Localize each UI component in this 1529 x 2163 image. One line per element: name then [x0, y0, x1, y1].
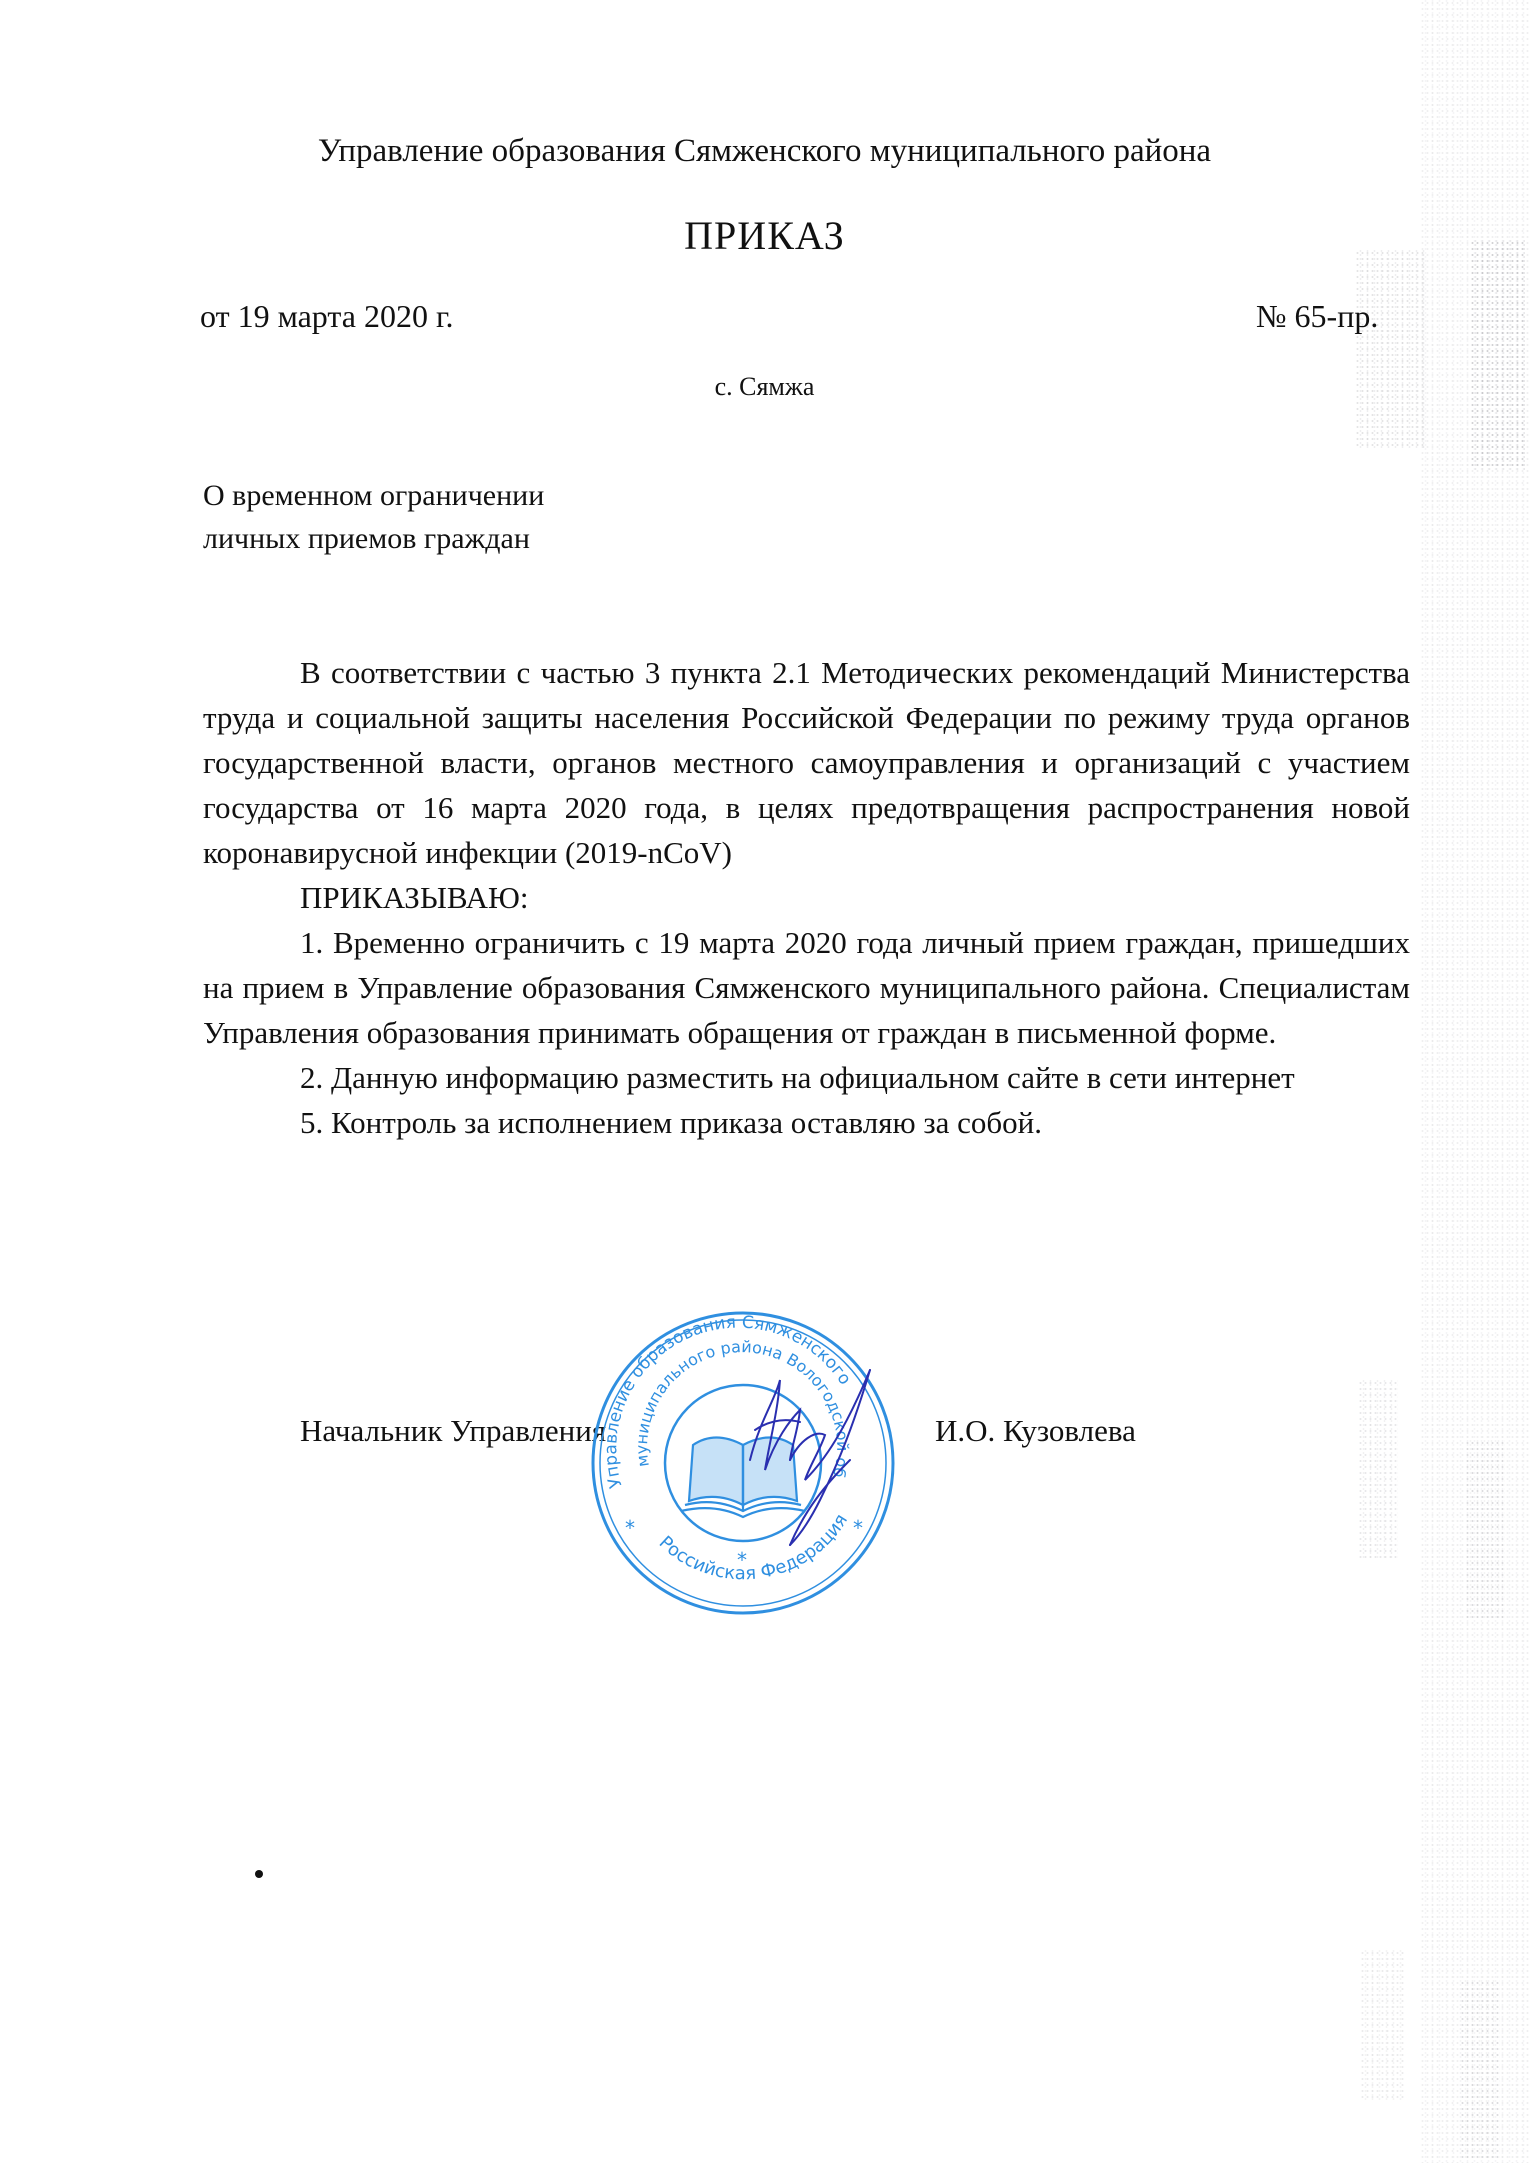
handwritten-signature-icon — [730, 1360, 880, 1550]
order-word: ПРИКАЗЫВАЮ: — [203, 875, 1410, 920]
document-body: В соответствии с частью 3 пункта 2.1 Мет… — [203, 650, 1410, 1145]
scan-noise — [1420, 0, 1529, 2163]
svg-text:*: * — [625, 1516, 635, 1540]
subject-line-1: О временном ограничении — [203, 474, 703, 517]
scan-noise — [1358, 1380, 1398, 1560]
scan-noise — [1360, 1950, 1405, 2100]
document-title: ПРИКАЗ — [0, 212, 1529, 259]
scan-noise — [1465, 1440, 1505, 1620]
document-place: с. Сямжа — [0, 372, 1529, 402]
scan-noise — [1470, 240, 1525, 470]
organization-header: Управление образования Сямженского муниц… — [0, 133, 1529, 170]
signatory-name: И.О. Кузовлева — [935, 1413, 1136, 1449]
order-item-5: 5. Контроль за исполнением приказа остав… — [203, 1100, 1410, 1145]
document-date: от 19 марта 2020 г. — [200, 298, 453, 335]
signatory-position: Начальник Управления — [300, 1413, 606, 1449]
preamble-paragraph: В соответствии с частью 3 пункта 2.1 Мет… — [203, 650, 1410, 875]
scan-noise — [1460, 1980, 1500, 2160]
scan-noise — [1355, 250, 1425, 450]
scan-speck — [255, 1870, 263, 1878]
document-page: Управление образования Сямженского муниц… — [0, 0, 1529, 2163]
subject-line-2: личных приемов граждан — [203, 517, 703, 560]
document-number: № 65-пр. — [1256, 298, 1378, 335]
svg-text:*: * — [737, 1548, 747, 1572]
order-item-2: 2. Данную информацию разместить на офици… — [203, 1055, 1410, 1100]
document-subject: О временном ограничении личных приемов г… — [203, 474, 703, 560]
order-item-1: 1. Временно ограничить с 19 марта 2020 г… — [203, 920, 1410, 1055]
